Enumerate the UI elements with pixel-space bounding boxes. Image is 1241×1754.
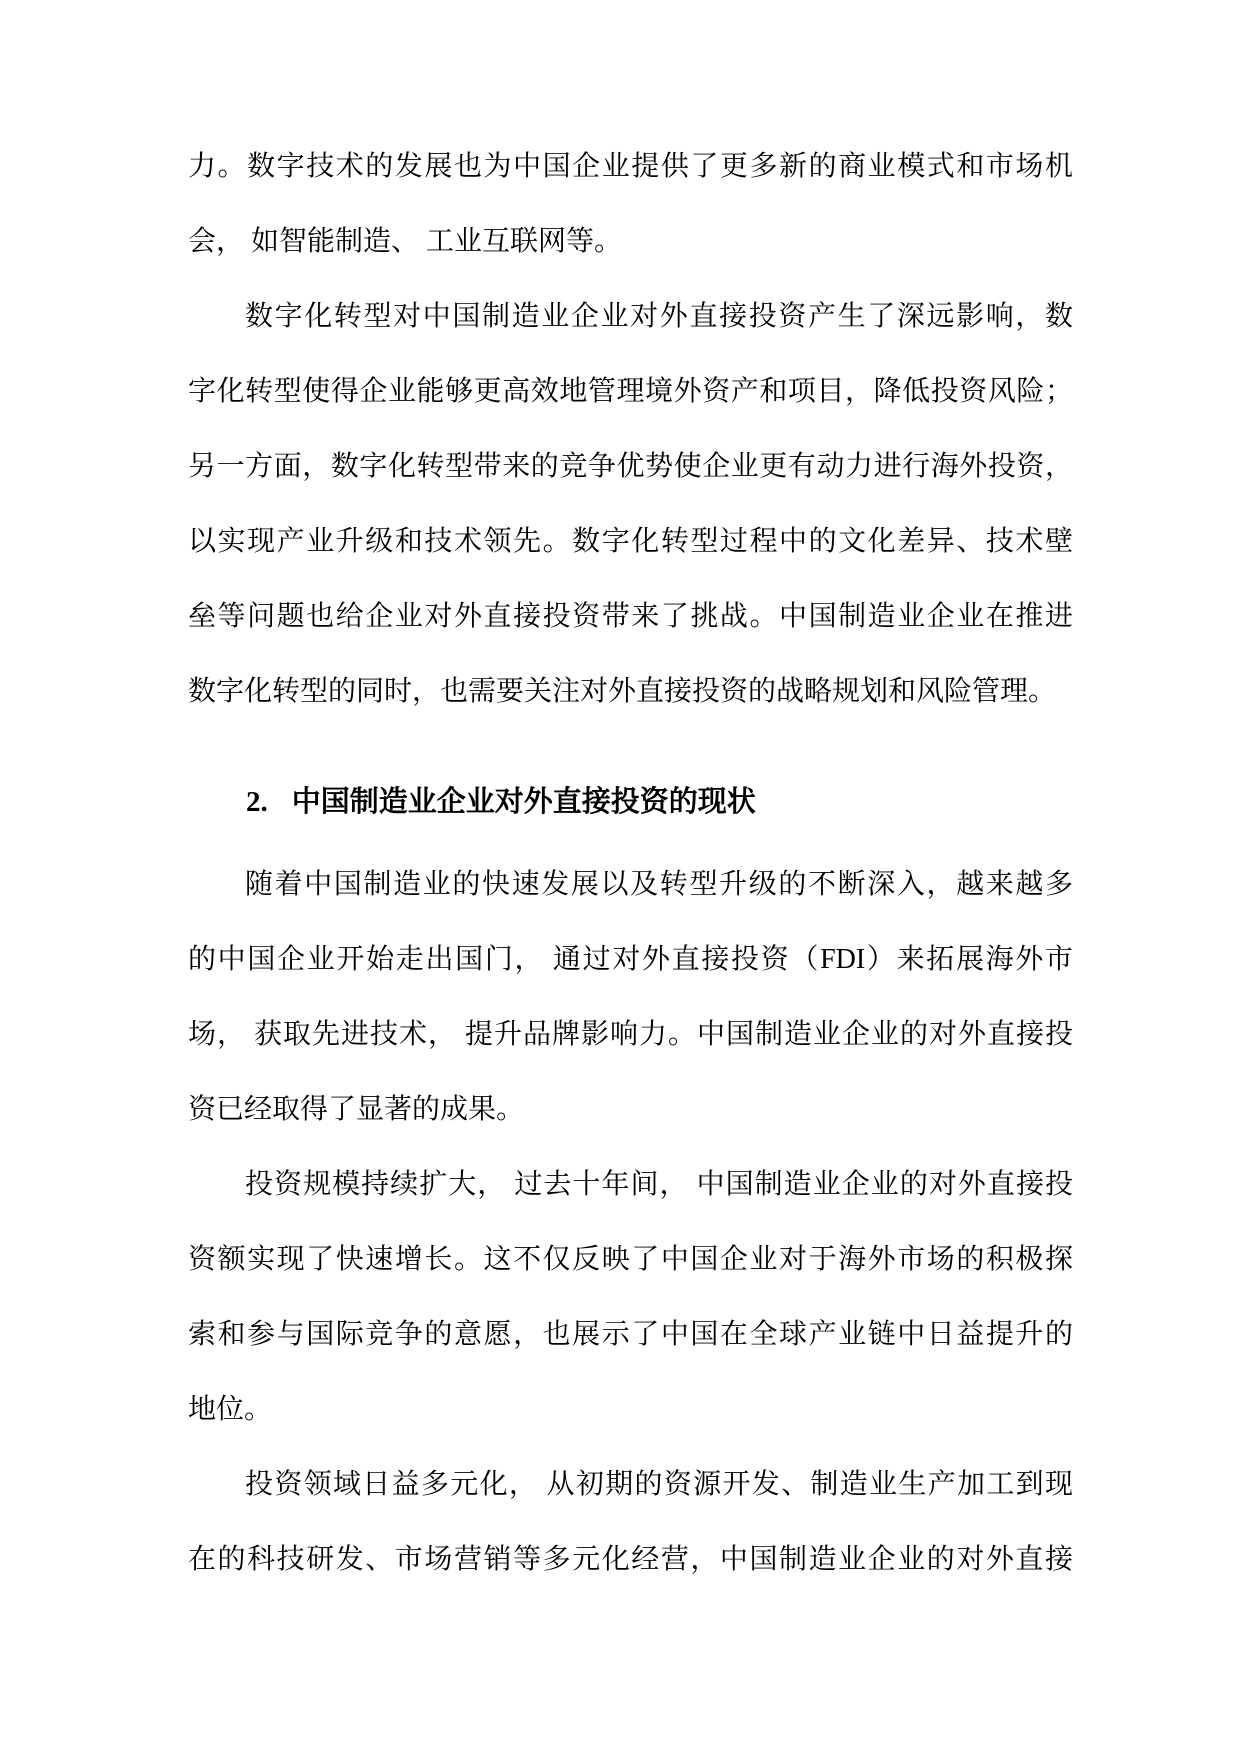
text-line: 随着中国制造业的快速发展以及转型升级的不断深入，越来越多 <box>188 847 1073 922</box>
text-line: 场， 获取先进技术， 提升品牌影响力。中国制造业企业的对外直接投 <box>188 997 1073 1072</box>
text-line: 投资规模持续扩大， 过去十年间， 中国制造业企业的对外直接投 <box>188 1147 1073 1222</box>
text-line: 投资领域日益多元化， 从初期的资源开发、制造业生产加工到现 <box>188 1447 1073 1522</box>
text-line: 在的科技研发、市场营销等多元化经营，中国制造业企业的对外直接 <box>188 1522 1073 1597</box>
text-line: 力。数字技术的发展也为中国企业提供了更多新的商业模式和市场机 <box>188 129 1073 204</box>
document-body-text: 力。数字技术的发展也为中国企业提供了更多新的商业模式和市场机会， 如智能制造、 … <box>188 129 1073 1597</box>
text-line: 资额实现了快速增长。这不仅反映了中国企业对于海外市场的积极探 <box>188 1222 1073 1297</box>
text-line: 资已经取得了显著的成果。 <box>188 1072 1073 1147</box>
text-line: 的中国企业开始走出国门， 通过对外直接投资（FDI）来拓展海外市 <box>188 922 1073 997</box>
section-heading: 2.中国制造业企业对外直接投资的现状 <box>188 765 1073 840</box>
text-line: 垒等问题也给企业对外直接投资带来了挑战。中国制造业企业在推进 <box>188 579 1073 654</box>
text-line: 索和参与国际竞争的意愿，也展示了中国在全球产业链中日益提升的 <box>188 1297 1073 1372</box>
text-line: 字化转型使得企业能够更高效地管理境外资产和项目，降低投资风险； <box>188 354 1073 429</box>
text-line: 地位。 <box>188 1372 1073 1447</box>
text-line: 另一方面，数字化转型带来的竞争优势使企业更有动力进行海外投资， <box>188 429 1073 504</box>
text-line: 以实现产业升级和技术领先。数字化转型过程中的文化差异、技术壁 <box>188 504 1073 579</box>
document-page: 力。数字技术的发展也为中国企业提供了更多新的商业模式和市场机会， 如智能制造、 … <box>0 0 1241 1754</box>
section-heading-number: 2. <box>246 765 268 840</box>
text-line: 数字化转型对中国制造业企业对外直接投资产生了深远影响，数 <box>188 279 1073 354</box>
section-heading-title: 中国制造业企业对外直接投资的现状 <box>292 786 756 818</box>
text-line: 数字化转型的同时，也需要关注对外直接投资的战略规划和风险管理。 <box>188 654 1073 729</box>
text-line: 会， 如智能制造、 工业互联网等。 <box>188 204 1073 279</box>
